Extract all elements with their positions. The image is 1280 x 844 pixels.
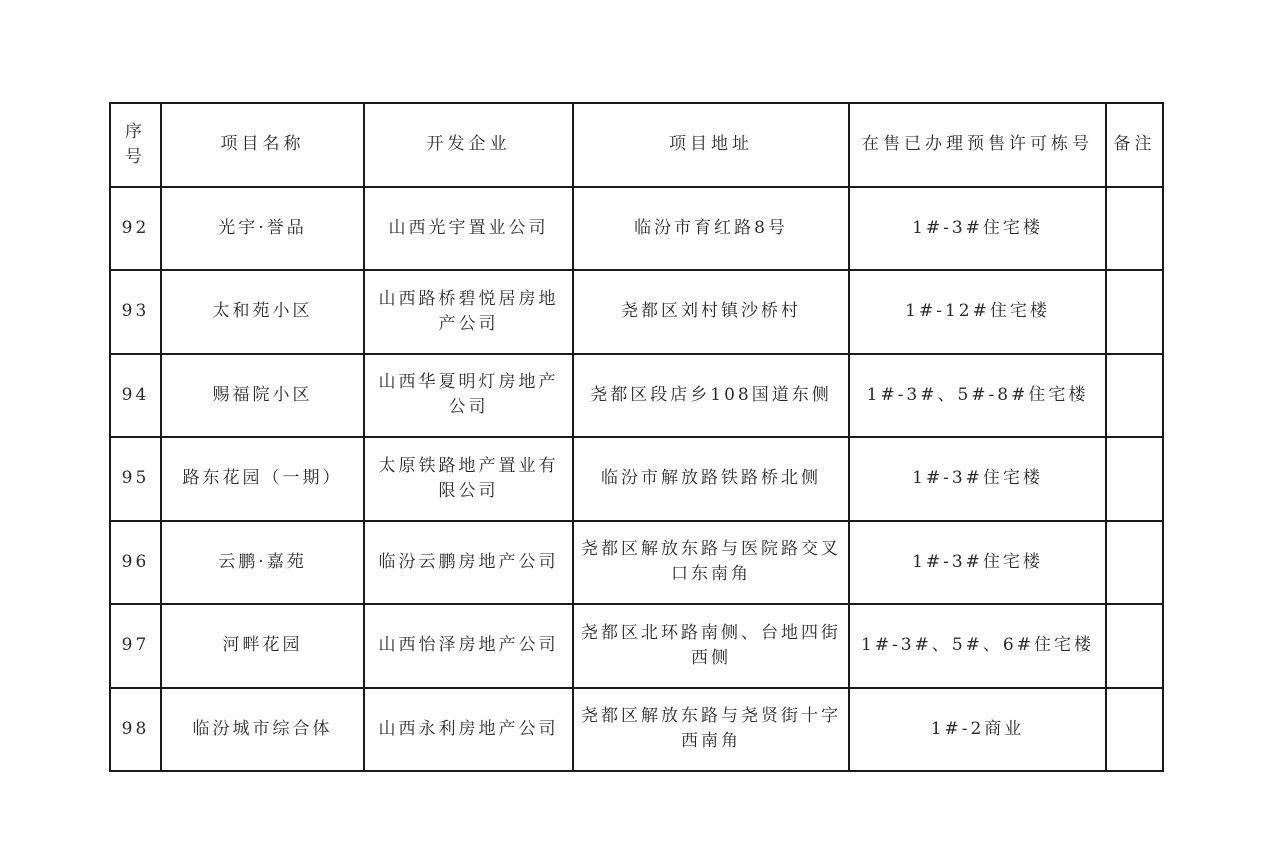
cell-project-name: 光宇·誉品	[161, 187, 364, 271]
cell-project-address: 临汾市解放路铁路桥北侧	[573, 437, 849, 521]
cell-permit-buildings: 1#-12#住宅楼	[849, 270, 1106, 354]
cell-project-address: 尧都区段店乡108国道东侧	[573, 354, 849, 438]
cell-developer: 山西路桥碧悦居房地产公司	[364, 270, 573, 354]
cell-permit-buildings: 1#-3#住宅楼	[849, 437, 1106, 521]
document-page: 序号 项目名称 开发企业 项目地址 在售已办理预售许可栋号 备注 92 光宇·誉…	[0, 0, 1280, 844]
table-row: 96 云鹏·嘉苑 临汾云鹏房地产公司 尧都区解放东路与医院路交叉口东南角 1#-…	[110, 521, 1163, 605]
cell-serial-number: 94	[110, 354, 161, 438]
table-row: 92 光宇·誉品 山西光宇置业公司 临汾市育红路8号 1#-3#住宅楼	[110, 187, 1163, 271]
cell-remarks	[1106, 688, 1163, 772]
cell-remarks	[1106, 187, 1163, 271]
cell-serial-number: 96	[110, 521, 161, 605]
cell-project-name: 临汾城市综合体	[161, 688, 364, 772]
cell-permit-buildings: 1#-2商业	[849, 688, 1106, 772]
cell-developer: 山西光宇置业公司	[364, 187, 573, 271]
table-row: 98 临汾城市综合体 山西永利房地产公司 尧都区解放东路与尧贤街十字西南角 1#…	[110, 688, 1163, 772]
cell-project-name: 河畔花园	[161, 604, 364, 688]
cell-serial-number: 98	[110, 688, 161, 772]
cell-developer: 太原铁路地产置业有限公司	[364, 437, 573, 521]
cell-developer: 山西怡泽房地产公司	[364, 604, 573, 688]
cell-project-address: 临汾市育红路8号	[573, 187, 849, 271]
cell-project-address: 尧都区北环路南侧、台地四街西侧	[573, 604, 849, 688]
cell-remarks	[1106, 437, 1163, 521]
cell-remarks	[1106, 354, 1163, 438]
table-row: 97 河畔花园 山西怡泽房地产公司 尧都区北环路南侧、台地四街西侧 1#-3#、…	[110, 604, 1163, 688]
cell-serial-number: 95	[110, 437, 161, 521]
cell-serial-number: 93	[110, 270, 161, 354]
header-developer: 开发企业	[364, 103, 573, 187]
cell-project-name: 赐福院小区	[161, 354, 364, 438]
cell-project-name: 云鹏·嘉苑	[161, 521, 364, 605]
cell-developer: 山西永利房地产公司	[364, 688, 573, 772]
cell-project-address: 尧都区解放东路与医院路交叉口东南角	[573, 521, 849, 605]
table-row: 94 赐福院小区 山西华夏明灯房地产公司 尧都区段店乡108国道东侧 1#-3#…	[110, 354, 1163, 438]
cell-project-address: 尧都区刘村镇沙桥村	[573, 270, 849, 354]
cell-permit-buildings: 1#-3#、5#-8#住宅楼	[849, 354, 1106, 438]
cell-developer: 山西华夏明灯房地产公司	[364, 354, 573, 438]
cell-serial-number: 97	[110, 604, 161, 688]
cell-project-address: 尧都区解放东路与尧贤街十字西南角	[573, 688, 849, 772]
cell-permit-buildings: 1#-3#住宅楼	[849, 187, 1106, 271]
table-row: 93 太和苑小区 山西路桥碧悦居房地产公司 尧都区刘村镇沙桥村 1#-12#住宅…	[110, 270, 1163, 354]
cell-developer: 临汾云鹏房地产公司	[364, 521, 573, 605]
cell-permit-buildings: 1#-3#、5#、6#住宅楼	[849, 604, 1106, 688]
header-permit-buildings: 在售已办理预售许可栋号	[849, 103, 1106, 187]
header-serial-number: 序号	[110, 103, 161, 187]
table-header-row: 序号 项目名称 开发企业 项目地址 在售已办理预售许可栋号 备注	[110, 103, 1163, 187]
table-row: 95 路东花园（一期） 太原铁路地产置业有限公司 临汾市解放路铁路桥北侧 1#-…	[110, 437, 1163, 521]
header-remarks: 备注	[1106, 103, 1163, 187]
cell-remarks	[1106, 270, 1163, 354]
cell-serial-number: 92	[110, 187, 161, 271]
presale-permit-table: 序号 项目名称 开发企业 项目地址 在售已办理预售许可栋号 备注 92 光宇·誉…	[109, 102, 1164, 772]
cell-remarks	[1106, 521, 1163, 605]
cell-project-name: 路东花园（一期）	[161, 437, 364, 521]
cell-project-name: 太和苑小区	[161, 270, 364, 354]
cell-permit-buildings: 1#-3#住宅楼	[849, 521, 1106, 605]
cell-remarks	[1106, 604, 1163, 688]
header-project-address: 项目地址	[573, 103, 849, 187]
header-project-name: 项目名称	[161, 103, 364, 187]
